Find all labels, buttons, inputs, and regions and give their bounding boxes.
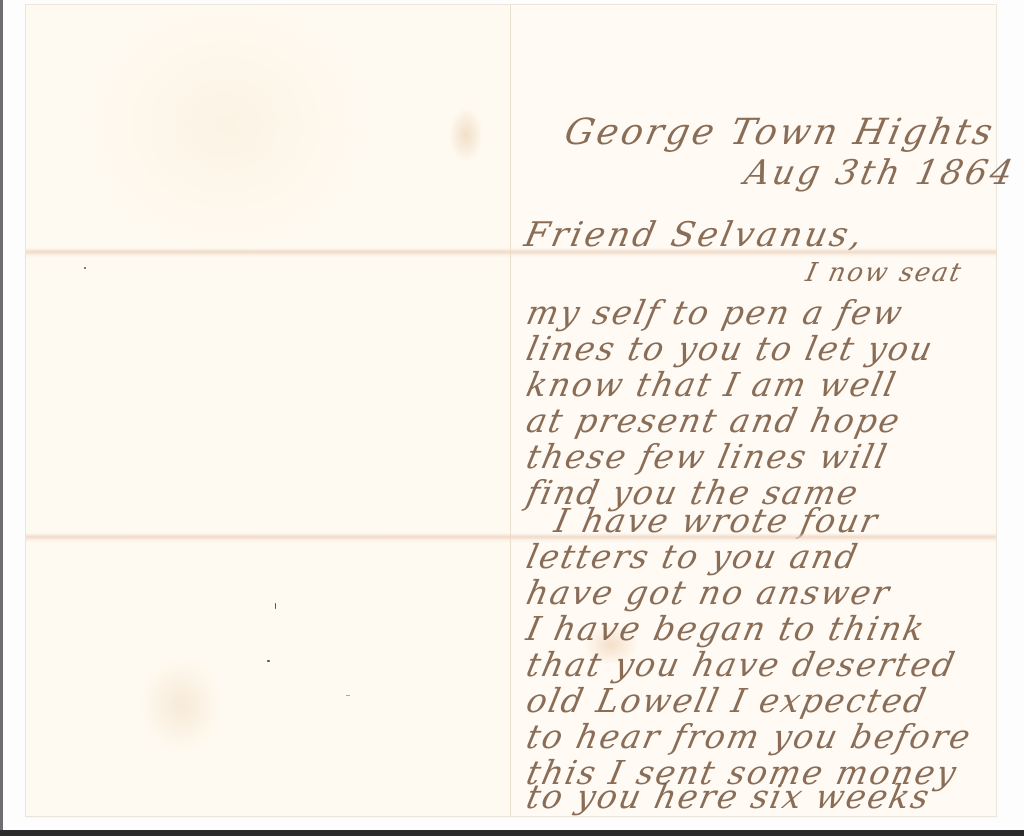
scanner-edge-bottom bbox=[0, 830, 1024, 836]
blue-speck bbox=[346, 695, 350, 696]
letter-line: to hear from you before bbox=[523, 717, 976, 756]
letter-line: to you here six weeks bbox=[523, 777, 935, 816]
handwriting-block: George Town Hights Aug 3th 1864 Friend S… bbox=[511, 5, 996, 816]
right-page-handwritten: George Town Hights Aug 3th 1864 Friend S… bbox=[511, 5, 996, 816]
ink-speck bbox=[84, 267, 86, 269]
letter-date: Aug 3th 1864 bbox=[741, 153, 1019, 193]
letter-line: that you have deserted bbox=[523, 645, 960, 684]
letter-line: have got no answer bbox=[523, 573, 895, 612]
letter-line: old Lowell I expected bbox=[523, 681, 931, 720]
letter-line: lines to you to let you bbox=[523, 329, 938, 368]
letter-line: I have began to think bbox=[523, 609, 930, 648]
letter-line: at present and hope bbox=[523, 401, 905, 440]
ink-speck bbox=[267, 660, 270, 662]
letter-place: George Town Hights bbox=[561, 112, 999, 153]
letter-line: my self to pen a few bbox=[523, 293, 908, 332]
letter-line: know that I am well bbox=[523, 365, 901, 404]
horizontal-fold-line-upper bbox=[26, 248, 996, 258]
letter-line: these few lines will bbox=[523, 437, 892, 476]
ink-speck bbox=[275, 603, 276, 609]
letter-sheet: George Town Hights Aug 3th 1864 Friend S… bbox=[26, 5, 996, 816]
letter-line: I now seat bbox=[803, 258, 966, 288]
horizontal-fold-line-lower bbox=[26, 533, 996, 543]
left-page-blank bbox=[26, 5, 510, 816]
scanner-edge-left bbox=[0, 0, 3, 836]
